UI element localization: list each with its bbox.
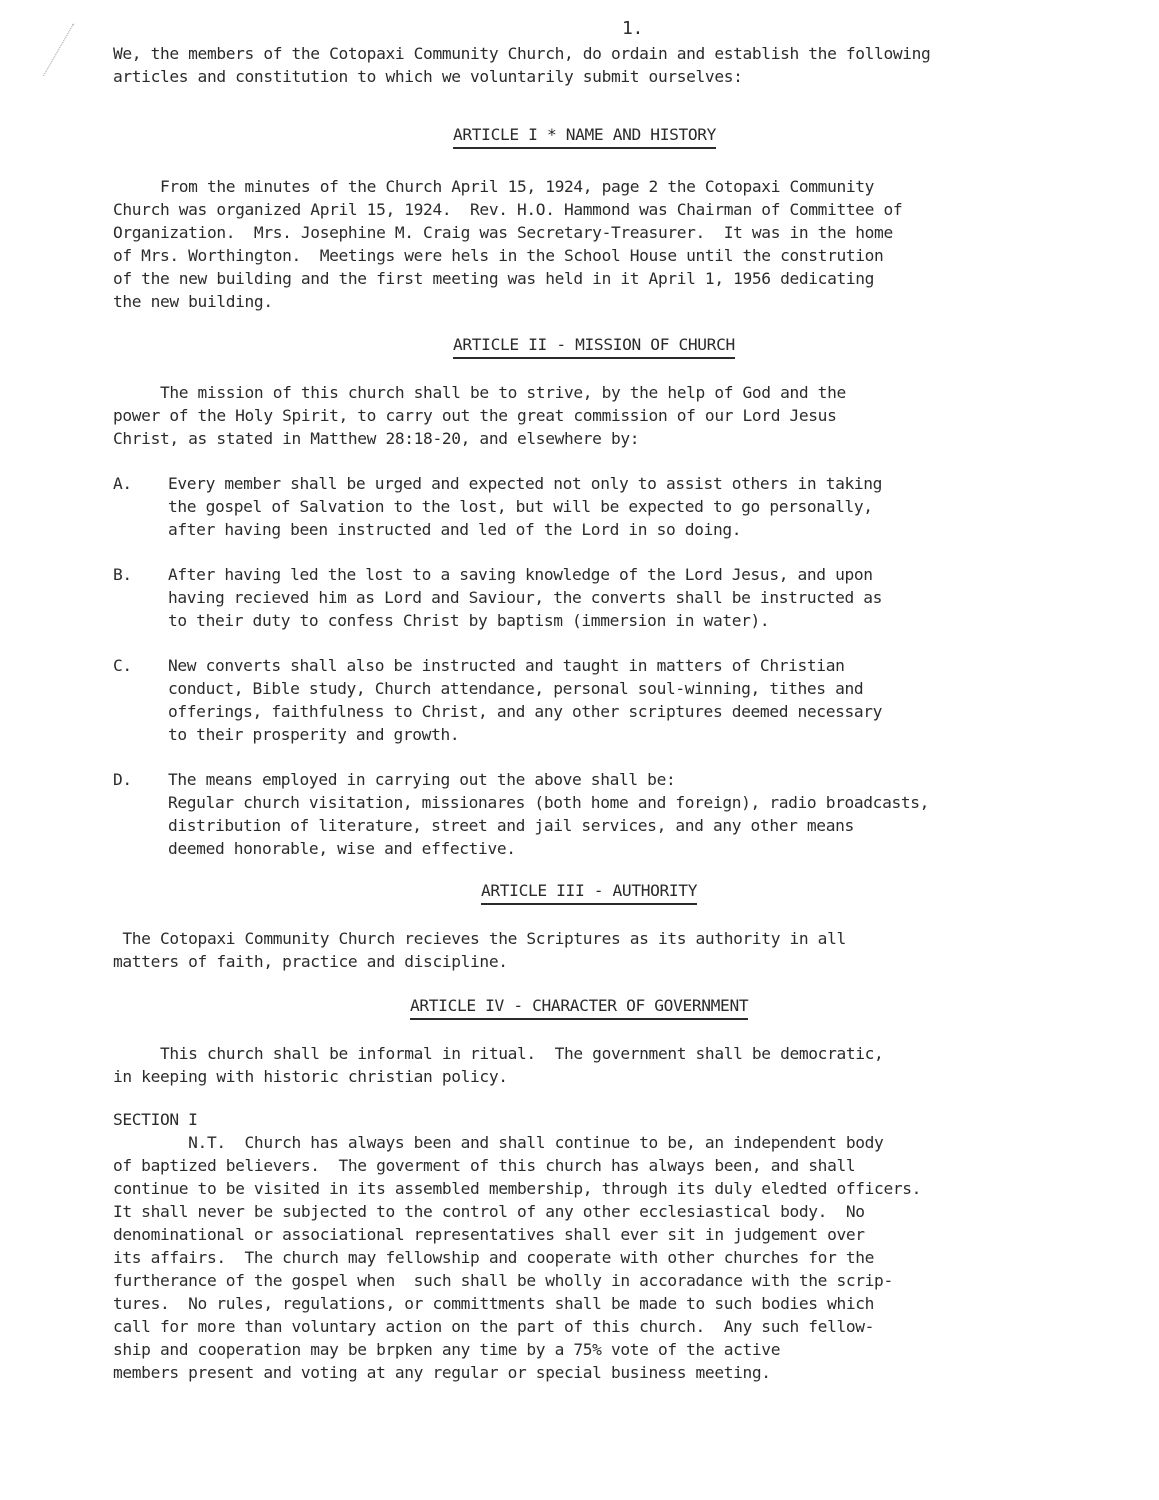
section-1-line: call for more than voluntary action on t… [113,1315,874,1338]
article-1-heading: ARTICLE I * NAME AND HISTORY [453,124,716,149]
margin-mark [43,24,75,77]
article-2-intro-line: The mission of this church shall be to s… [113,381,846,404]
section-1-line: ship and cooperation may be brpken any t… [113,1338,780,1361]
section-1-line: tures. No rules, regulations, or committ… [113,1292,874,1315]
section-1-line: furtherance of the gospel when such shal… [113,1269,893,1292]
article-3-line: The Cotopaxi Community Church recieves t… [113,927,846,950]
article-1-line: Church was organized April 15, 1924. Rev… [113,198,902,221]
article-1-line: of Mrs. Worthington. Meetings were hels … [113,244,883,267]
preamble-line: articles and constitution to which we vo… [113,65,743,88]
section-1-line: of baptized believers. The goverment of … [113,1154,855,1177]
article-1-line: From the minutes of the Church April 15,… [113,175,874,198]
section-1-line: continue to be visited in its assembled … [113,1177,921,1200]
section-1-title: SECTION I [113,1108,198,1131]
item-b-line: having recieved him as Lord and Saviour,… [168,586,882,609]
item-a-label: A. [113,472,132,495]
article-4-line: in keeping with historic christian polic… [113,1065,508,1088]
item-c-line: conduct, Bible study, Church attendance,… [168,677,863,700]
item-c-line: New converts shall also be instructed an… [168,654,845,677]
article-4-heading: ARTICLE IV - CHARACTER OF GOVERNMENT [410,995,748,1020]
section-1-line: members present and voting at any regula… [113,1361,771,1384]
item-b-line: to their duty to confess Christ by bapti… [168,609,769,632]
item-a-line: Every member shall be urged and expected… [168,472,882,495]
section-1-line: It shall never be subjected to the contr… [113,1200,865,1223]
article-1-line: Organization. Mrs. Josephine M. Craig wa… [113,221,893,244]
section-1-line: N.T. Church has always been and shall co… [113,1131,883,1154]
article-2-heading: ARTICLE II - MISSION OF CHURCH [453,334,735,359]
article-1-line: of the new building and the first meetin… [113,267,874,290]
item-d-line: distribution of literature, street and j… [168,814,854,837]
page-number: 1. [622,18,643,39]
item-b-line: After having led the lost to a saving kn… [168,563,873,586]
preamble-line: We, the members of the Cotopaxi Communit… [113,42,930,65]
item-a-line: the gospel of Salvation to the lost, but… [168,495,873,518]
item-c-line: to their prosperity and growth. [168,723,459,746]
article-1-line: the new building. [113,290,273,313]
section-1-line: its affairs. The church may fellowship a… [113,1246,874,1269]
item-d-line: deemed honorable, wise and effective. [168,837,516,860]
item-d-line: The means employed in carrying out the a… [168,768,675,791]
item-d-label: D. [113,768,132,791]
item-a-line: after having been instructed and led of … [168,518,741,541]
article-3-heading: ARTICLE III - AUTHORITY [481,880,697,905]
article-4-line: This church shall be informal in ritual.… [113,1042,883,1065]
item-c-label: C. [113,654,132,677]
item-b-label: B. [113,563,132,586]
article-2-intro-line: power of the Holy Spirit, to carry out t… [113,404,836,427]
article-3-line: matters of faith, practice and disciplin… [113,950,508,973]
item-d-line: Regular church visitation, missionares (… [168,791,929,814]
article-2-intro-line: Christ, as stated in Matthew 28:18-20, a… [113,427,639,450]
section-1-line: denominational or associational represen… [113,1223,865,1246]
item-c-line: offerings, faithfulness to Christ, and a… [168,700,882,723]
